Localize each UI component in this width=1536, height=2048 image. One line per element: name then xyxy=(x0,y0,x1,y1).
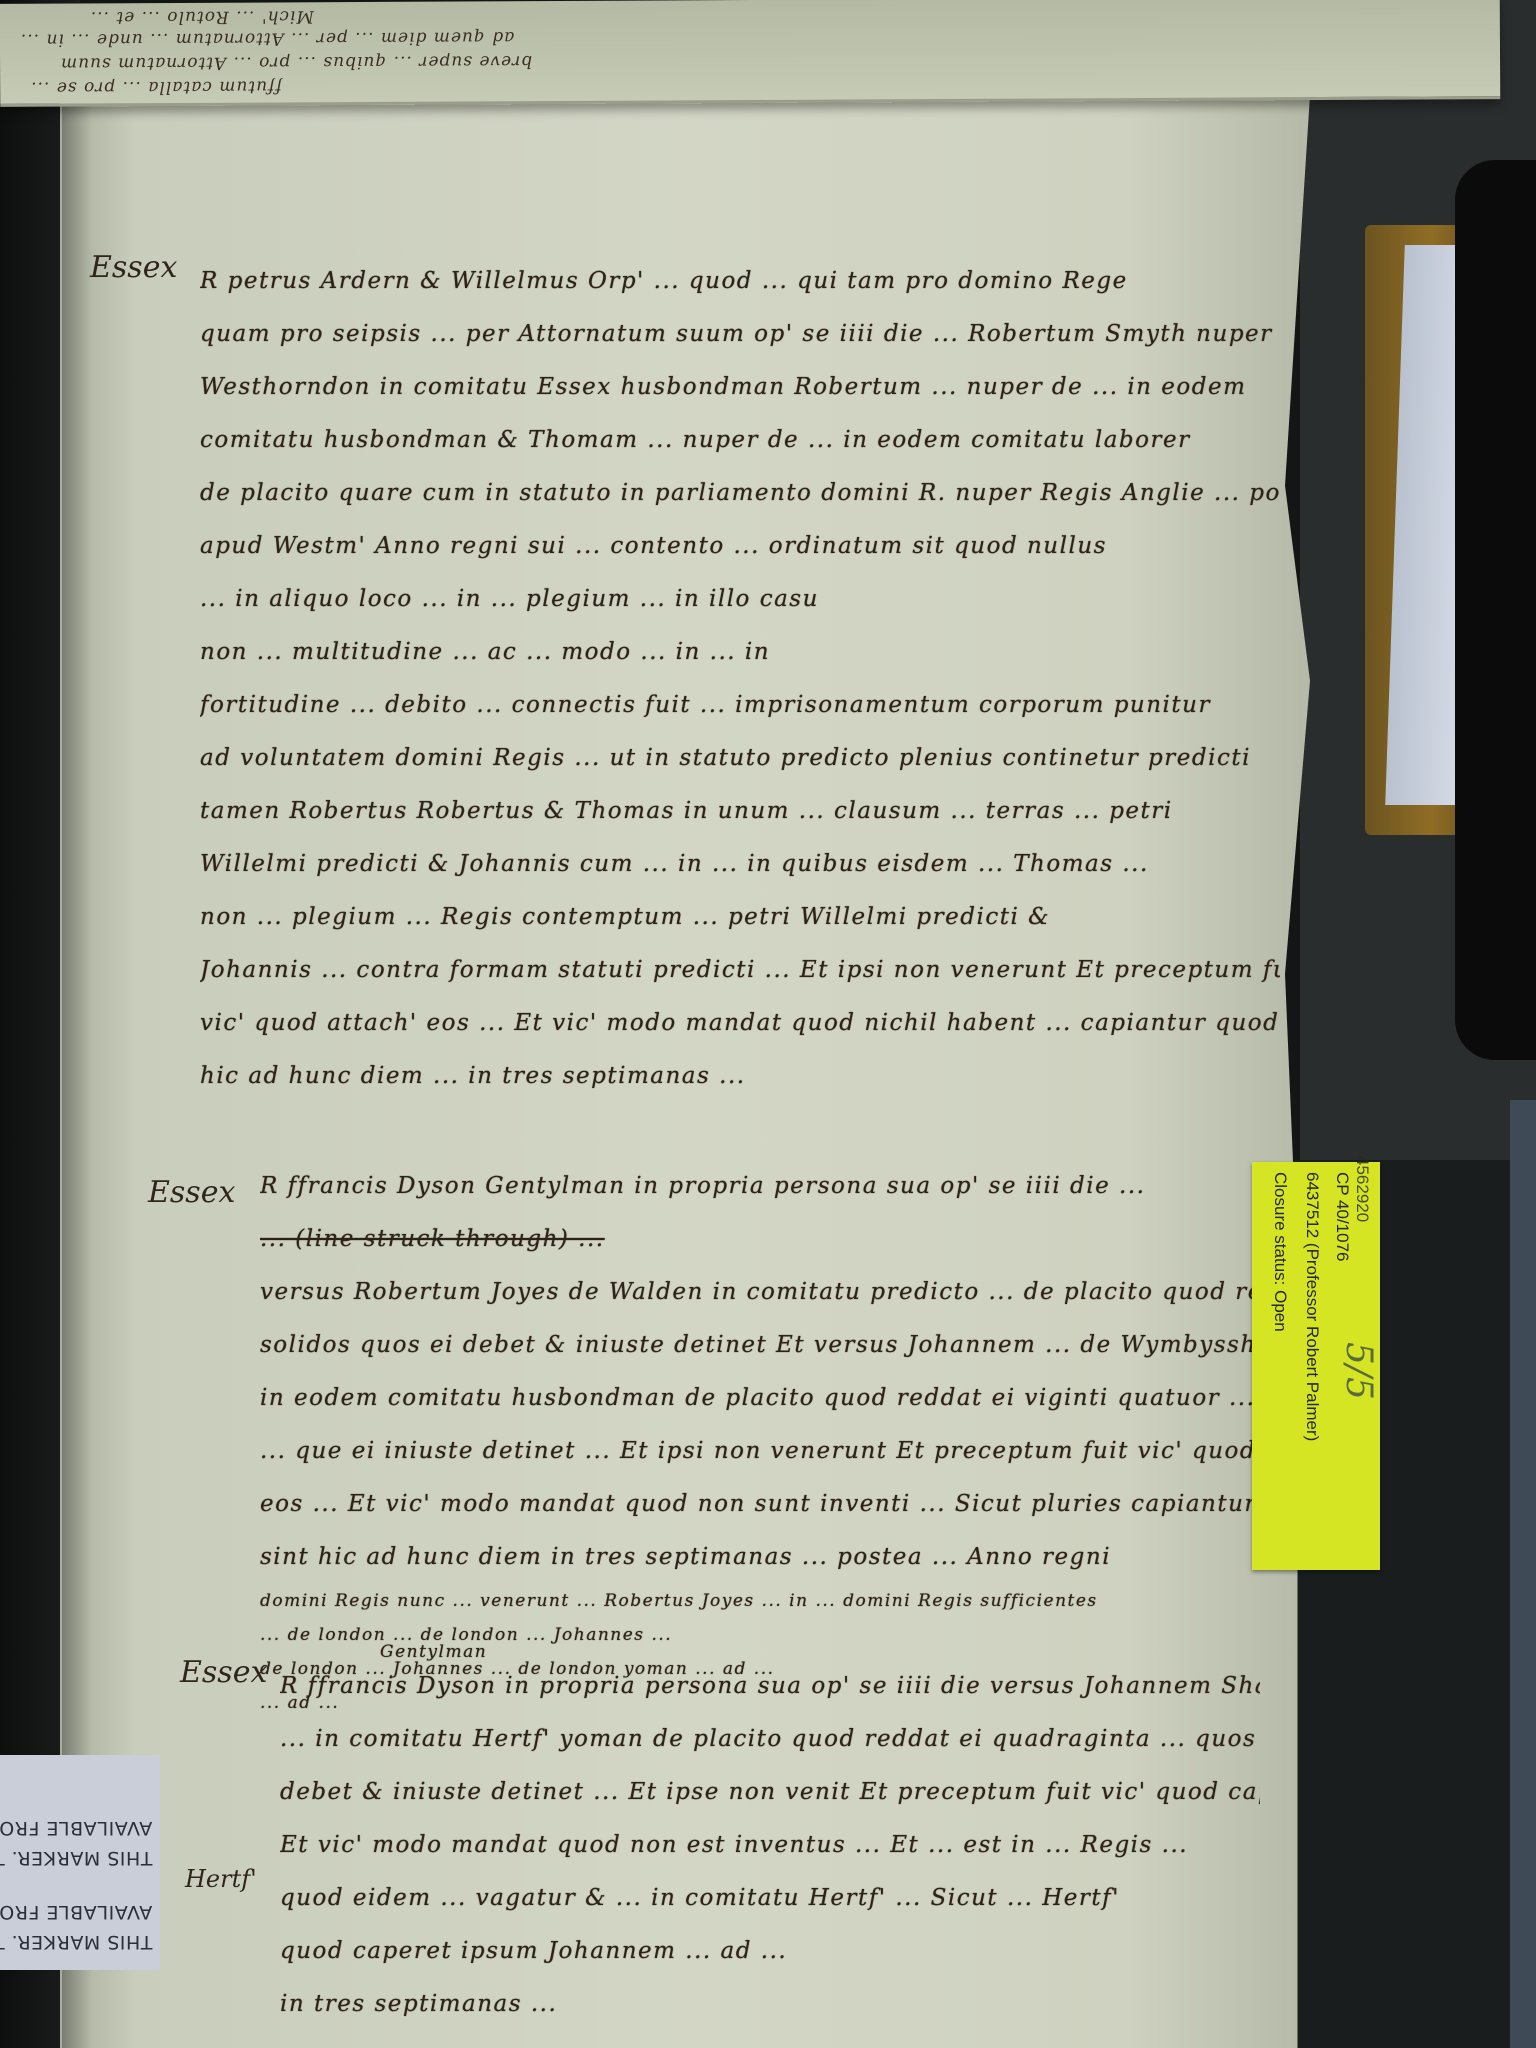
manuscript-line: apud Westm' Anno regni sui ... contento … xyxy=(200,520,1280,573)
manuscript-line: de placito quare cum in statuto in parli… xyxy=(200,467,1280,520)
manuscript-line: non ... multitudine ... ac ... modo ... … xyxy=(200,626,1280,679)
manuscript-line: in eodem comitatu husbondman de placito … xyxy=(260,1372,1260,1425)
interlinear-line: domini Regis nunc ... venerunt ... Rober… xyxy=(260,1584,1260,1618)
marker-text: THIS MARKER. THIS xyxy=(0,1847,152,1869)
slip-reader: 6437512 (Professor Robert Palmer) xyxy=(1302,1172,1322,1441)
manuscript-line: hic ad hunc diem ... in tres septimanas … xyxy=(200,1050,1280,1103)
inverted-line: breve super ... quibus ... pro ... Attor… xyxy=(60,49,532,73)
plea-entry-1: R petrus Ardern & Willelmus Orp' ... quo… xyxy=(200,255,1280,1103)
manuscript-line: eos ... Et vic' modo mandat quod non sun… xyxy=(260,1478,1260,1531)
archive-marker-slip: THIS MARKER. THIS AVAILABLE FROM THE THI… xyxy=(0,1755,160,1970)
manuscript-line: comitatu husbondman & Thomam ... nuper d… xyxy=(200,414,1280,467)
manuscript-line: versus Robertum Joyes de Walden in comit… xyxy=(260,1266,1260,1319)
slip-closure-status: Closure status: Open xyxy=(1270,1172,1290,1332)
manuscript-line: ... que ei iniuste detinet ... Et ipsi n… xyxy=(260,1425,1260,1478)
margin-county-note: Essex xyxy=(148,1175,235,1210)
manuscript-line: sint hic ad hunc diem in tres septimanas… xyxy=(260,1531,1260,1584)
margin-county-note: Essex xyxy=(180,1655,267,1690)
manuscript-line: quam pro seipsis ... per Attornatum suum… xyxy=(200,308,1280,361)
manuscript-line: solidos quos ei debet & iniuste detinet … xyxy=(260,1319,1260,1372)
blue-edge xyxy=(1510,1100,1536,2048)
manuscript-line: vic' quod attach' eos ... Et vic' modo m… xyxy=(200,997,1280,1050)
manuscript-line: ad voluntatem domini Regis ... ut in sta… xyxy=(200,732,1280,785)
manuscript-line: Johannis ... contra formam statuti predi… xyxy=(200,944,1280,997)
dark-object-shadow xyxy=(1455,160,1536,1060)
manuscript-line: Et vic' modo mandat quod non est inventu… xyxy=(280,1819,1260,1872)
manuscript-line: ... in aliquo loco ... in ... plegium ..… xyxy=(200,573,1280,626)
manuscript-line: quod caperet ipsum Johannem ... ad ... xyxy=(280,1925,1260,1978)
manuscript-line: Westhorndon in comitatu Essex husbondman… xyxy=(200,361,1280,414)
manuscript-line: tamen Robertus Robertus & Thomas in unum… xyxy=(200,785,1280,838)
margin-county-note: Hertf' xyxy=(185,1865,257,1893)
manuscript-line: Willelmi predicti & Johannis cum ... in … xyxy=(200,838,1280,891)
inverted-line: ffutum catalla ... pro se ... xyxy=(30,74,282,97)
marker-text: THIS MARKER. THIS xyxy=(0,1931,152,1953)
manuscript-line: quod eidem ... vagatur & ... in comitatu… xyxy=(280,1872,1260,1925)
inverted-line: ad quem diem ... per ... Attornatum ... … xyxy=(20,25,514,50)
overhanging-page: ffutum catalla ... pro se ... breve supe… xyxy=(0,0,1500,107)
manuscript-line: fortitudine ... debito ... connectis fui… xyxy=(200,679,1280,732)
manuscript-line: R ffrancis Dyson in propria persona sua … xyxy=(280,1660,1260,1713)
slip-piece-number: 4562920 xyxy=(1352,1156,1372,1222)
slip-reference: CP 40/1076 xyxy=(1332,1172,1352,1261)
manuscript-line: R petrus Ardern & Willelmus Orp' ... quo… xyxy=(200,255,1280,308)
archive-reference-slip: 4562920 CP 40/1076 6437512 (Professor Ro… xyxy=(1252,1162,1380,1570)
struck-line: ... (line struck through) ... xyxy=(260,1213,1260,1266)
plea-entry-3: R ffrancis Dyson in propria persona sua … xyxy=(280,1660,1260,2031)
manuscript-line: ... in comitatu Hertf' yoman de placito … xyxy=(280,1713,1260,1766)
margin-county-note: Essex xyxy=(90,250,177,285)
pencil-annotation: 5/5 xyxy=(1338,1342,1379,1400)
manuscript-line: non ... plegium ... Regis contemptum ...… xyxy=(200,891,1280,944)
inverted-line: Mich' ... Rotulo ... et ... xyxy=(90,4,314,27)
manuscript-line: debet & iniuste detinet ... Et ipse non … xyxy=(280,1766,1260,1819)
marker-text: AVAILABLE FROM THE xyxy=(0,1817,152,1839)
marker-text: AVAILABLE FROM THE xyxy=(0,1901,152,1923)
manuscript-line: R ffrancis Dyson Gentylman in propria pe… xyxy=(260,1160,1260,1213)
manuscript-line: in tres septimanas ... xyxy=(280,1978,1260,2031)
